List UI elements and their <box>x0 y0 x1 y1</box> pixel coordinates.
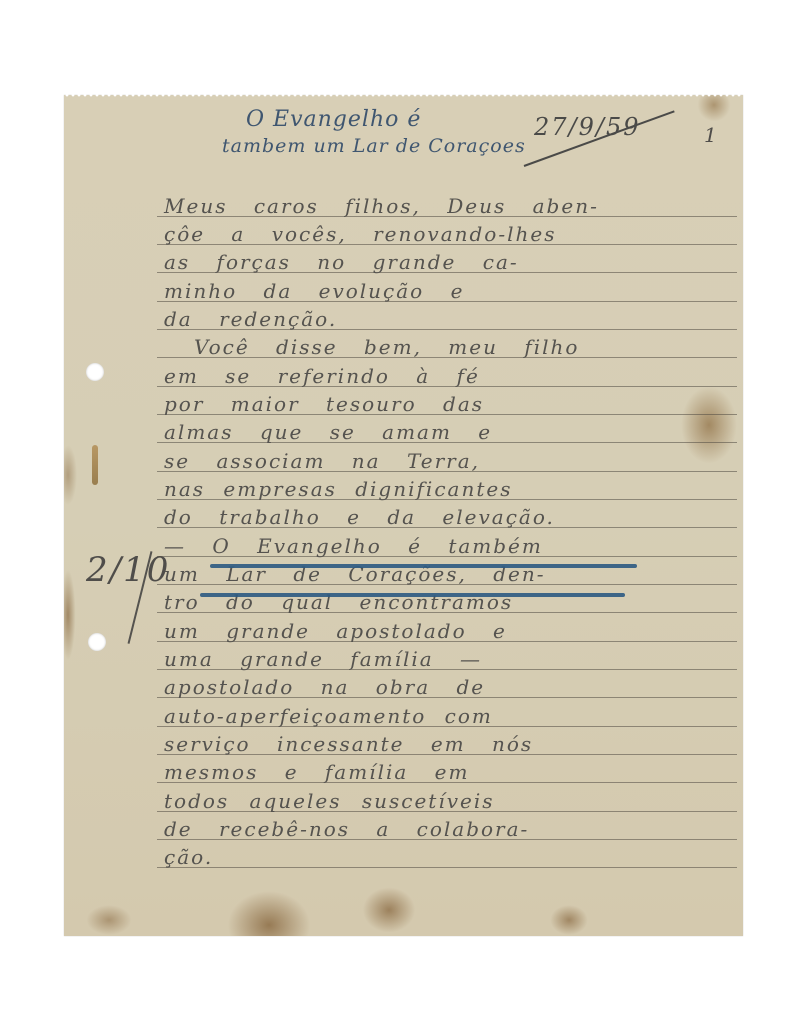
text-line: todos aqueles suscetíveis <box>164 789 495 813</box>
text-line: — O Evangelho é também <box>164 534 543 558</box>
blue-underline-2 <box>200 593 625 597</box>
text-line: Meus caros filhos, Deus aben- <box>164 194 599 218</box>
blue-underline-1 <box>210 564 637 568</box>
text-line: por maior tesouro das <box>164 392 484 416</box>
text-line: um grande apostolado e <box>164 619 507 643</box>
text-line: almas que se amam e <box>164 420 492 444</box>
letter-page: O Evangelho é tambem um Lar de Coraçoes … <box>64 95 743 936</box>
text-line: da redenção. <box>164 307 337 331</box>
text-line: se associam na Terra, <box>164 449 480 473</box>
text-line: ção. <box>164 845 213 869</box>
text-line: apostolado na obra de <box>164 675 485 699</box>
text-line: do trabalho e da elevação. <box>164 505 555 529</box>
text-line: auto-aperfeiçoamento com <box>164 704 493 728</box>
text-line: minho da evolução e <box>164 279 464 303</box>
perforated-top-edge <box>64 93 743 97</box>
ruled-line <box>157 867 737 868</box>
text-line: em se referindo à fé <box>164 364 480 388</box>
text-line: çôe a vocês, renovando-lhes <box>164 222 556 246</box>
text-line: de recebê-nos a colabora- <box>164 817 529 841</box>
text-line: nas empresas dignificantes <box>164 477 512 501</box>
title-line-2: tambem um Lar de Coraçoes <box>222 135 526 157</box>
page-number: 1 <box>704 123 717 147</box>
text-line: Você disse bem, meu filho <box>194 335 579 359</box>
paper-blemish <box>92 445 98 485</box>
text-line: serviço incessante em nós <box>164 732 533 756</box>
text-line: as forças no grande ca- <box>164 250 519 274</box>
punch-hole-upper <box>86 363 104 381</box>
text-line: uma grande família — <box>164 647 482 671</box>
title-line-1: O Evangelho é <box>246 107 421 132</box>
punch-hole-lower <box>88 633 106 651</box>
text-line: mesmos e família em <box>164 760 469 784</box>
